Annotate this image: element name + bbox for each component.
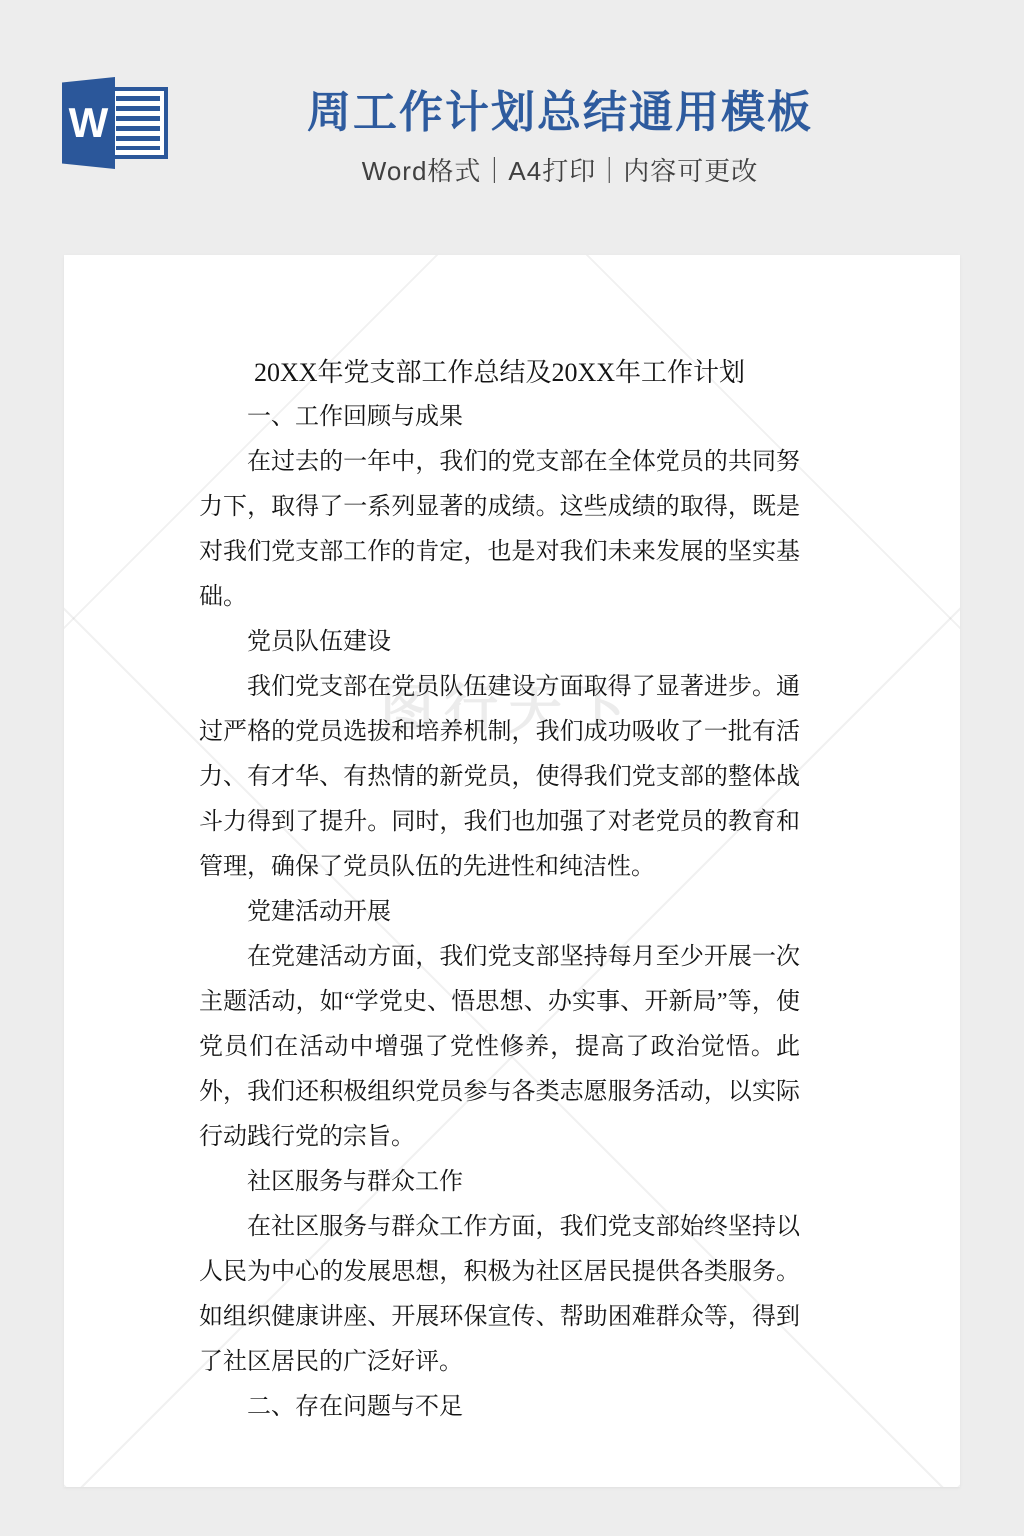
doc-paragraph: 在社区服务与群众工作方面，我们党支部始终坚持以人民为中心的发展思想，积极为社区居… [199,1205,800,1385]
word-icon-letter: W [69,102,109,144]
doc-heading: 党建活动开展 [199,890,800,935]
document-content: 20XX年党支部工作总结及20XX年工作计划 一、工作回顾与成果在过去的一年中，… [64,255,960,1487]
template-title: 周工作计划总结通用模板 [160,88,960,139]
doc-paragraph: 我们党支部在党员队伍建设方面取得了显著进步。通过严格的党员选拔和培养机制，我们成… [199,665,800,890]
word-document-page-icon [108,87,168,159]
document-lines-icon [116,96,160,150]
doc-heading: 社区服务与群众工作 [199,1160,800,1205]
word-logo-icon: W [62,77,170,169]
doc-heading: 一、工作回顾与成果 [199,395,800,440]
word-w-badge-icon: W [62,77,115,169]
header-text-block: 周工作计划总结通用模板 Word格式｜A4打印｜内容可更改 [160,88,960,188]
doc-heading: 二、存在问题与不足 [199,1385,800,1430]
doc-paragraph: 在过去的一年中，我们的党支部在全体党员的共同努力下，取得了一系列显著的成绩。这些… [199,440,800,620]
doc-heading: 党员队伍建设 [199,620,800,665]
doc-blocks: 一、工作回顾与成果在过去的一年中，我们的党支部在全体党员的共同努力下，取得了一系… [199,395,800,1430]
template-header: W 周工作计划总结通用模板 Word格式｜A4打印｜内容可更改 [0,0,1024,255]
document-preview-page: 图行天下 20XX年党支部工作总结及20XX年工作计划 一、工作回顾与成果在过去… [64,255,960,1487]
template-subtitle: Word格式｜A4打印｜内容可更改 [160,151,960,188]
document-title: 20XX年党支部工作总结及20XX年工作计划 [199,350,800,395]
doc-paragraph: 在党建活动方面，我们党支部坚持每月至少开展一次主题活动，如“学党史、悟思想、办实… [199,935,800,1160]
